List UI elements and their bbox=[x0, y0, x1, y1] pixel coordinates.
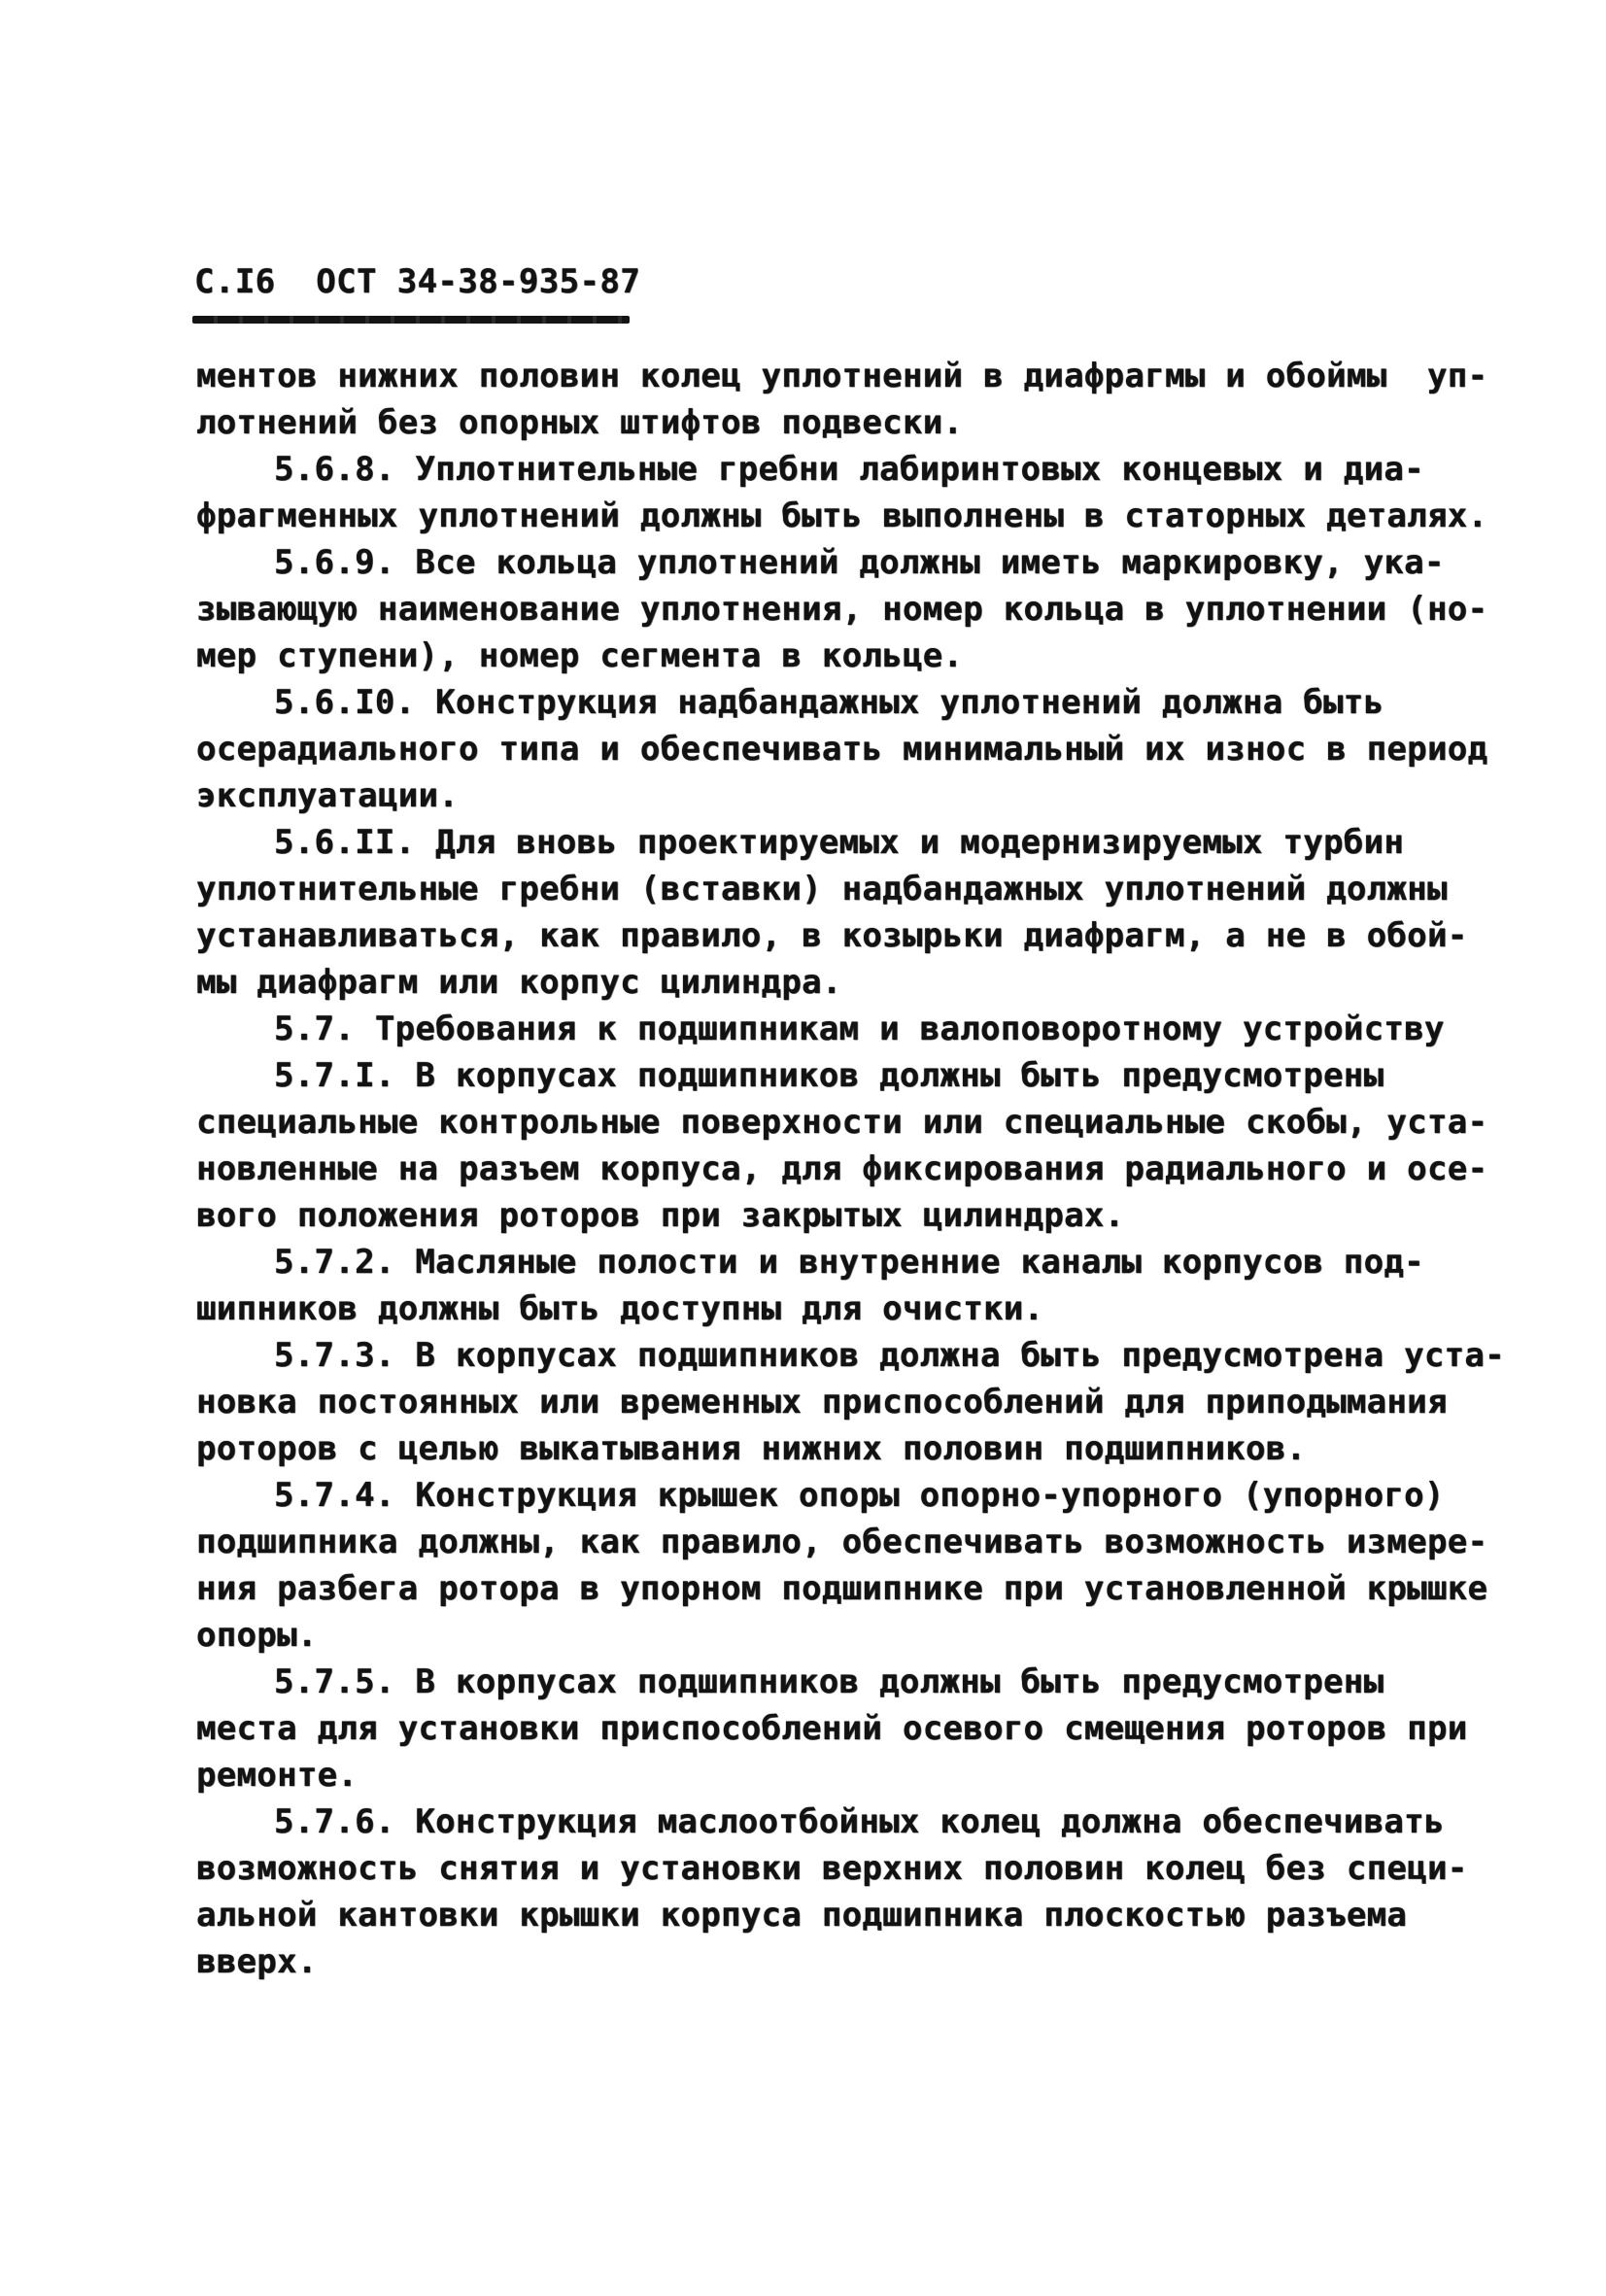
text-line: новленные на разъем корпуса, для фиксиро… bbox=[196, 1146, 1518, 1192]
text-line: 5.7.2. Масляные полости и внутренние кан… bbox=[196, 1239, 1518, 1285]
text-line: роторов с целью выкатывания нижних полов… bbox=[196, 1425, 1518, 1472]
text-line: шипников должны быть доступны для очистк… bbox=[196, 1285, 1518, 1332]
text-line: ния разбега ротора в упорном подшипнике … bbox=[196, 1565, 1518, 1612]
page-header: С.I6 ОСТ 34-38-935-87 bbox=[194, 262, 640, 301]
text-line: осерадиального типа и обеспечивать миним… bbox=[196, 726, 1518, 772]
text-line: опоры. bbox=[196, 1612, 1518, 1659]
text-line: специальные контрольные поверхности или … bbox=[196, 1099, 1518, 1146]
text-line: 5.6.8. Уплотнительные гребни лабиринтовы… bbox=[196, 446, 1518, 493]
text-line: возможность снятия и установки верхних п… bbox=[196, 1845, 1518, 1892]
text-line: подшипника должны, как правило, обеспечи… bbox=[196, 1519, 1518, 1565]
text-line: ремонте. bbox=[196, 1752, 1518, 1799]
text-line: 5.6.II. Для вновь проектируемых и модерн… bbox=[196, 819, 1518, 866]
text-line: зывающую наименование уплотнения, номер … bbox=[196, 586, 1518, 633]
text-line: 5.7.5. В корпусах подшипников должны быт… bbox=[196, 1659, 1518, 1705]
text-line: альной кантовки крышки корпуса подшипник… bbox=[196, 1892, 1518, 1938]
text-line: 5.7.6. Конструкция маслоотбойных колец д… bbox=[196, 1799, 1518, 1845]
text-line: 5.7.I. В корпусах подшипников должны быт… bbox=[196, 1052, 1518, 1099]
text-line: мер ступени), номер сегмента в кольце. bbox=[196, 633, 1518, 679]
text-line: эксплуатации. bbox=[196, 772, 1518, 819]
text-line: вверх. bbox=[196, 1938, 1518, 1985]
text-line: лотнений без опорных штифтов подвески. bbox=[196, 399, 1518, 446]
text-line: мы диафрагм или корпус цилиндра. bbox=[196, 959, 1518, 1006]
text-line: устанавливаться, как правило, в козырьки… bbox=[196, 912, 1518, 959]
text-line: 5.7.3. В корпусах подшипников должна быт… bbox=[196, 1332, 1518, 1379]
text-line: новка постоянных или временных приспособ… bbox=[196, 1379, 1518, 1425]
header-underline bbox=[192, 316, 630, 324]
text-line: ментов нижних половин колец уплотнений в… bbox=[196, 353, 1518, 399]
body-text: ментов нижних половин колец уплотнений в… bbox=[196, 353, 1518, 1985]
text-line: вого положения роторов при закрытых цили… bbox=[196, 1192, 1518, 1239]
text-line: 5.6.I0. Конструкция надбандажных уплотне… bbox=[196, 679, 1518, 726]
text-line: 5.7.4. Конструкция крышек опоры опорно-у… bbox=[196, 1472, 1518, 1519]
text-line: места для установки приспособлений осево… bbox=[196, 1705, 1518, 1752]
text-line: 5.6.9. Все кольца уплотнений должны имет… bbox=[196, 539, 1518, 586]
text-line: фрагменных уплотнений должны быть выполн… bbox=[196, 493, 1518, 539]
document-page: С.I6 ОСТ 34-38-935-87 ментов нижних поло… bbox=[0, 0, 1606, 2296]
text-line: уплотнительные гребни (вставки) надбанда… bbox=[196, 866, 1518, 912]
text-line: 5.7. Требования к подшипникам и валопово… bbox=[196, 1006, 1518, 1052]
